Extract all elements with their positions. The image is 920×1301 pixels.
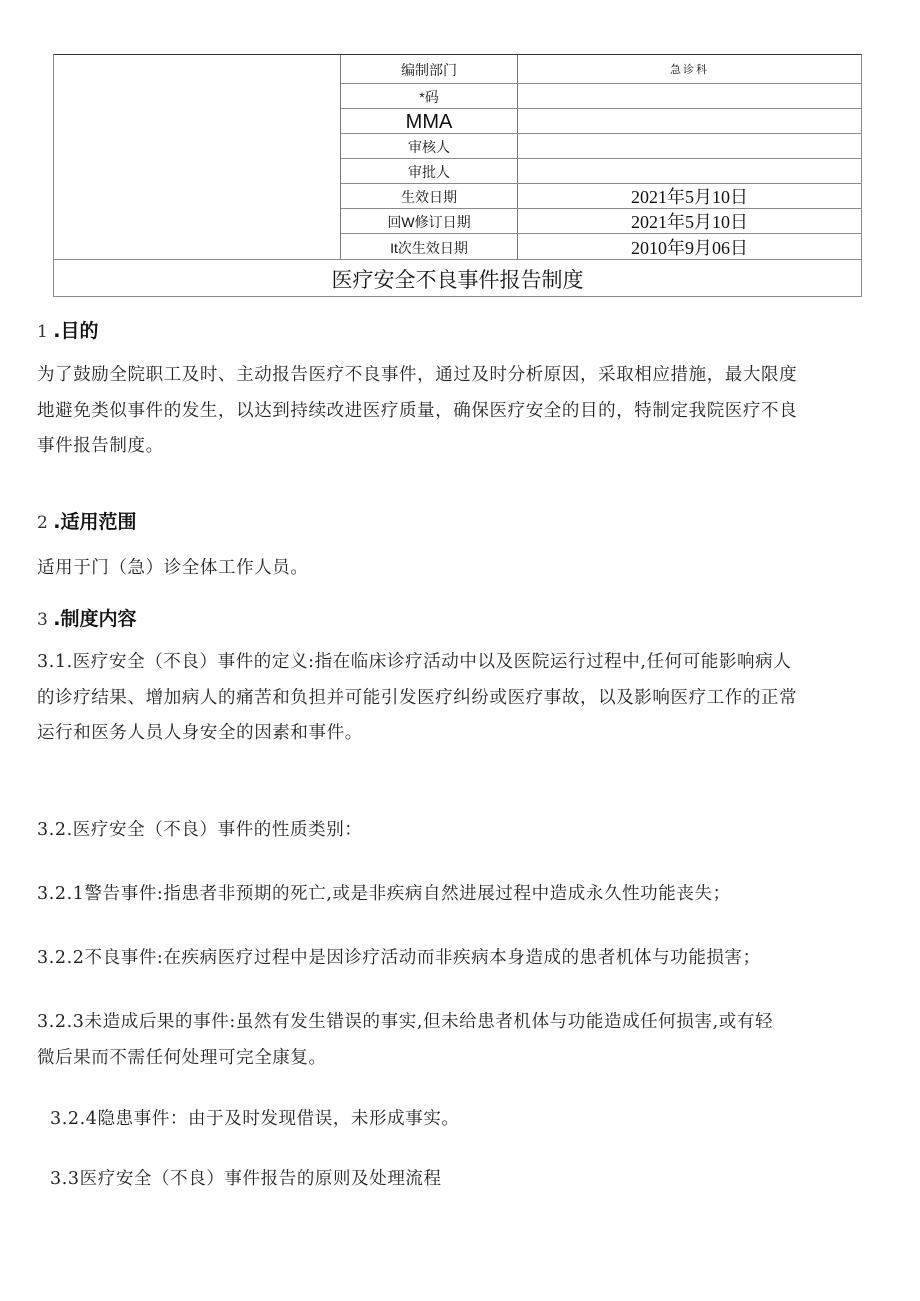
meta-row-approver: 审批人 bbox=[341, 159, 861, 184]
logo-cell bbox=[54, 55, 341, 259]
section-title: .适用范围 bbox=[53, 511, 136, 533]
text-line: 适用于门（急）诊全体工作人员。 bbox=[37, 551, 887, 587]
section-heading-content: 3 .制度内容 bbox=[37, 604, 136, 631]
paragraph-scope: 适用于门（急）诊全体工作人员。 bbox=[37, 551, 887, 587]
meta-label: 编制部门 bbox=[341, 55, 518, 83]
text-line: 微后果而不需任何处理可完全康复。 bbox=[37, 1041, 887, 1077]
text-line: 3.2.医疗安全（不良）事件的性质类别： bbox=[37, 813, 887, 849]
meta-label: 生效日期 bbox=[341, 184, 518, 208]
meta-value: 2021年5月10日 bbox=[518, 184, 861, 208]
text-line: 运行和医务人员人身安全的因素和事件。 bbox=[37, 716, 887, 752]
meta-value: 急诊科 bbox=[518, 55, 861, 83]
meta-row-code: *码 bbox=[341, 84, 861, 109]
meta-row-department: 编制部门 急诊科 bbox=[341, 55, 861, 84]
paragraph-3-2-categories: 3.2.医疗安全（不良）事件的性质类别： bbox=[37, 813, 887, 849]
text-line: 为了鼓励全院职工及时、主动报告医疗不良事件，通过及时分析原因，采取相应措施，最大… bbox=[37, 358, 887, 394]
meta-row-author: MMA bbox=[341, 109, 861, 134]
text-line: 地避免类似事件的发生，以达到持续改进医疗质量，确保医疗安全的目的，特制定我院医疗… bbox=[37, 394, 887, 430]
section-number: 1 bbox=[37, 322, 53, 342]
meta-label: 审批人 bbox=[341, 159, 518, 183]
meta-value bbox=[518, 84, 861, 108]
meta-value bbox=[518, 109, 861, 133]
document-title: 医疗安全不良事件报告制度 bbox=[54, 259, 861, 296]
meta-row-first-effective-date: It次生效日期 2010年9月06日 bbox=[341, 234, 861, 259]
section-title: .制度内容 bbox=[53, 608, 136, 630]
meta-value: 2010年9月06日 bbox=[518, 234, 861, 259]
paragraph-purpose: 为了鼓励全院职工及时、主动报告医疗不良事件，通过及时分析原因，采取相应措施，最大… bbox=[37, 358, 887, 465]
paragraph-3-2-2-adverse-event: 3.2.2不良事件:在疾病医疗过程中是因诊疗活动而非疾病本身造成的患者机体与功能… bbox=[37, 941, 887, 977]
text-line: 3.3医疗安全（不良）事件报告的原则及处理流程 bbox=[50, 1162, 900, 1198]
paragraph-3-2-4-hazard-event: 3.2.4隐患事件：由于及时发现借误，未形成事实。 bbox=[50, 1102, 900, 1138]
section-number: 3 bbox=[37, 610, 53, 630]
meta-label: *码 bbox=[341, 84, 518, 108]
text-line: 3.2.2不良事件:在疾病医疗过程中是因诊疗活动而非疾病本身造成的患者机体与功能… bbox=[37, 941, 887, 977]
text-line: 事件报告制度。 bbox=[37, 429, 887, 465]
meta-label: MMA bbox=[341, 109, 518, 133]
paragraph-3-3-reporting-principles: 3.3医疗安全（不良）事件报告的原则及处理流程 bbox=[50, 1162, 900, 1198]
text-line: 的诊疗结果、增加病人的痛苦和负担并可能引发医疗纠纷或医疗事故，以及影响医疗工作的… bbox=[37, 681, 887, 717]
meta-label: It次生效日期 bbox=[341, 234, 518, 259]
section-number: 2 bbox=[37, 513, 53, 533]
document-header-table: 编制部门 急诊科 *码 MMA 审核人 审批人 生效日期 2021年5月10日 … bbox=[53, 54, 862, 297]
paragraph-3-2-1-warning-event: 3.2.1警告事件:指患者非预期的死亡,或是非疾病自然进展过程中造成永久性功能丧… bbox=[37, 877, 887, 913]
meta-label: 审核人 bbox=[341, 134, 518, 158]
meta-row-effective-date: 生效日期 2021年5月10日 bbox=[341, 184, 861, 209]
paragraph-3-2-3-no-consequence-event: 3.2.3未造成后果的事件:虽然有发生错误的事实,但未给患者机体与功能造成任何损… bbox=[37, 1005, 887, 1076]
text-line: 3.1.医疗安全（不良）事件的定义:指在临床诊疗活动中以及医院运行过程中,任何可… bbox=[37, 645, 887, 681]
section-heading-scope: 2 .适用范围 bbox=[37, 507, 136, 534]
text-line: 3.2.1警告事件:指患者非预期的死亡,或是非疾病自然进展过程中造成永久性功能丧… bbox=[37, 877, 887, 913]
paragraph-3-1-definition: 3.1.医疗安全（不良）事件的定义:指在临床诊疗活动中以及医院运行过程中,任何可… bbox=[37, 645, 887, 752]
meta-row-revision-date: 回W修订日期 2021年5月10日 bbox=[341, 209, 861, 234]
text-line: 3.2.4隐患事件：由于及时发现借误，未形成事实。 bbox=[50, 1102, 900, 1138]
section-heading-purpose: 1 .目的 bbox=[37, 316, 98, 343]
section-title: .目的 bbox=[53, 320, 98, 342]
meta-rows: 编制部门 急诊科 *码 MMA 审核人 审批人 生效日期 2021年5月10日 … bbox=[341, 55, 861, 259]
meta-value: 2021年5月10日 bbox=[518, 209, 861, 233]
meta-label: 回W修订日期 bbox=[341, 209, 518, 233]
meta-value bbox=[518, 159, 861, 183]
meta-row-reviewer: 审核人 bbox=[341, 134, 861, 159]
text-line: 3.2.3未造成后果的事件:虽然有发生错误的事实,但未给患者机体与功能造成任何损… bbox=[37, 1005, 887, 1041]
meta-value bbox=[518, 134, 861, 158]
